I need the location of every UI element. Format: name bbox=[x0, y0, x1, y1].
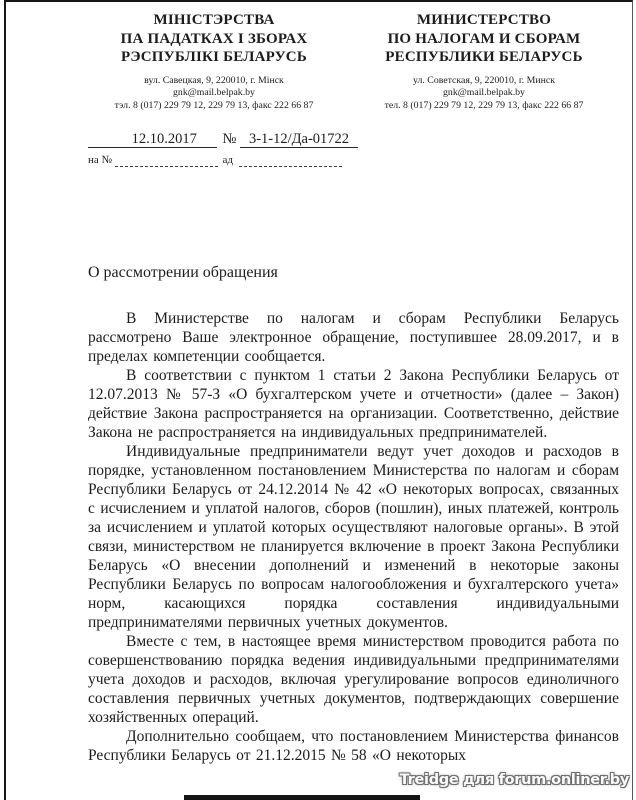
reference-block: 12.10.2017 № 3-1-12/Да-01722 на № ад bbox=[88, 130, 619, 167]
body-paragraph: Дополнительно сообщаем, что постановлени… bbox=[88, 727, 619, 765]
reply-to-line: на № ад bbox=[88, 153, 619, 167]
ministry-phone-ru: тел. 8 (017) 229 79 12, 229 79 13, факс … bbox=[358, 100, 610, 113]
ministry-title-ru: МИНИСТЕРСТВО ПО НАЛОГАМ И СБОРАМ РЕСПУБЛ… bbox=[358, 11, 610, 67]
blank-underline bbox=[88, 131, 132, 148]
reply-conj-label: ад bbox=[218, 154, 236, 166]
ministry-title-by-line1: МІНІСТЭРСТВА bbox=[90, 11, 338, 30]
body-paragraph: В соответствии с пунктом 1 статьи 2 Зако… bbox=[88, 366, 619, 442]
ministry-title-ru-line1: МИНИСТЕРСТВО bbox=[358, 11, 610, 30]
ministry-title-by-line3: РЭСПУБЛІКІ БЕЛАРУСЬ bbox=[90, 48, 338, 67]
letterhead: МІНІСТЭРСТВА ПА ПАДАТКАХ І ЗБОРАХ РЭСПУБ… bbox=[6, 2, 632, 113]
ministry-title-ru-line3: РЕСПУБЛИКИ БЕЛАРУСЬ bbox=[358, 48, 610, 67]
date-number-line: 12.10.2017 № 3-1-12/Да-01722 bbox=[88, 130, 619, 149]
ministry-email-by: gnk@mail.belpak.by bbox=[90, 87, 338, 100]
blank-dashed-underline bbox=[115, 154, 218, 167]
ministry-contacts-ru: ул. Советская, 9, 220010, г. Минск gnk@m… bbox=[358, 75, 610, 113]
letter-body: В Министерстве по налогам и сборам Респу… bbox=[88, 309, 619, 765]
watermark: Treidge для forum.onliner.by bbox=[400, 772, 629, 788]
body-paragraph: Индивидуальные предприниматели ведут уче… bbox=[88, 442, 619, 632]
ministry-title-by: МІНІСТЭРСТВА ПА ПАДАТКАХ І ЗБОРАХ РЭСПУБ… bbox=[90, 11, 338, 67]
blank-underline bbox=[349, 131, 358, 148]
number-sign: № bbox=[217, 131, 241, 147]
ministry-title-ru-line2: ПО НАЛОГАМ И СБОРАМ bbox=[358, 30, 610, 49]
letter-date: 12.10.2017 bbox=[132, 131, 197, 148]
scanned-letter-page: МІНІСТЭРСТВА ПА ПАДАТКАХ І ЗБОРАХ РЭСПУБ… bbox=[4, 0, 633, 800]
blank-underline bbox=[197, 131, 217, 148]
letterhead-left-belarusian: МІНІСТЭРСТВА ПА ПАДАТКАХ І ЗБОРАХ РЭСПУБ… bbox=[90, 11, 338, 113]
reply-to-label: на № bbox=[88, 154, 112, 166]
blank-underline bbox=[240, 131, 249, 148]
ministry-title-by-line2: ПА ПАДАТКАХ І ЗБОРАХ bbox=[90, 30, 338, 49]
letter-content: 12.10.2017 № 3-1-12/Да-01722 на № ад О р… bbox=[6, 130, 632, 765]
ministry-email-ru: gnk@mail.belpak.by bbox=[358, 87, 610, 100]
body-paragraph: В Министерстве по налогам и сборам Респу… bbox=[88, 309, 619, 366]
clipped-bottom-bar bbox=[184, 795, 420, 800]
ministry-address-by: вул. Савецкая, 9, 220010, г. Мінск bbox=[90, 75, 338, 88]
letter-number: 3-1-12/Да-01722 bbox=[249, 131, 349, 148]
blank-dashed-underline bbox=[239, 154, 342, 167]
ministry-phone-by: тэл. 8 (017) 229 79 12, 229 79 13, факс … bbox=[90, 100, 338, 113]
letterhead-right-russian: МИНИСТЕРСТВО ПО НАЛОГАМ И СБОРАМ РЕСПУБЛ… bbox=[358, 11, 610, 113]
letter-subject: О рассмотрении обращения bbox=[88, 263, 619, 282]
body-paragraph: Вместе с тем, в настоящее время министер… bbox=[88, 632, 619, 727]
ministry-address-ru: ул. Советская, 9, 220010, г. Минск bbox=[358, 75, 610, 88]
ministry-contacts-by: вул. Савецкая, 9, 220010, г. Мінск gnk@m… bbox=[90, 75, 338, 113]
